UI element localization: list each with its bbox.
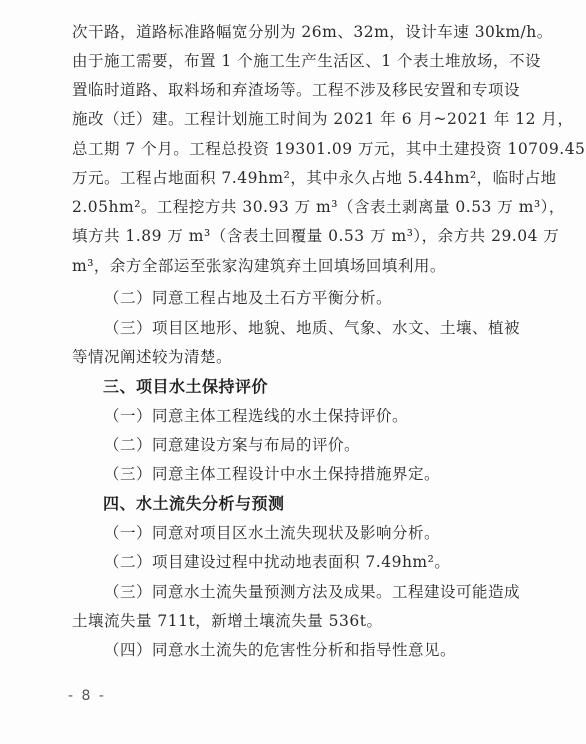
text-line: 次干路，道路标准路幅宽分别为 26m、32m，设计车速 30km/h。 [72,20,520,44]
list-item: （二）项目建设过程中扰动地表面积 7.49hm²。 [104,550,520,574]
list-item: （三）同意水土流失量预测方法及成果。工程建设可能造成 [104,580,520,604]
list-item: （一）同意对项目区水土流失现状及影响分析。 [104,521,520,545]
text-line: 2.05hm²。工程挖方共 30.93 万 m³（含表土剥离量 0.53 万 m… [72,195,520,219]
text-line: 总工期 7 个月。工程总投资 19301.09 万元，其中土建投资 10709.… [72,137,520,161]
list-item: （一）同意主体工程选线的水土保持评价。 [104,404,520,428]
text-line: 置临时道路、取料场和弃渣场等。工程不涉及移民安置和专项设 [72,78,520,102]
text-line: 由于施工需要，布置 1 个施工生产生活区、1 个表土堆放场，不设 [72,49,520,73]
text-line: 施改（迁）建。工程计划施工时间为 2021 年 6 月~2021 年 12 月， [72,107,520,131]
section-heading: 四、水土流失分析与预测 [103,492,285,516]
text-line: 等情况阐述较为清楚。 [72,345,520,369]
list-item: （四）同意水土流失的危害性分析和指导性意见。 [104,638,520,662]
text-line: 万元。工程占地面积 7.49hm²，其中永久占地 5.44hm²，临时占地 [72,166,520,190]
list-item: （二）同意建设方案与布局的评价。 [104,433,520,457]
text-line: 填方共 1.89 万 m³（含表土回覆量 0.53 万 m³），余方共 29.0… [72,224,520,248]
text-line: 土壤流失量 711t，新增土壤流失量 536t。 [72,609,520,633]
page-number: - 8 - [68,688,106,704]
section-heading: 三、项目水土保持评价 [103,375,268,399]
document-page: 次干路，道路标准路幅宽分别为 26m、32m，设计车速 30km/h。 由于施工… [0,0,586,744]
text-line: （二）同意工程占地及土石方平衡分析。 [104,286,520,310]
text-line: （三）项目区地形、地貌、地质、气象、水文、土壤、植被 [104,316,520,340]
text-line: m³，余方全部运至张家沟建筑弃土回填场回填利用。 [72,254,520,278]
list-item: （三）同意主体工程设计中水土保持措施界定。 [104,462,520,486]
